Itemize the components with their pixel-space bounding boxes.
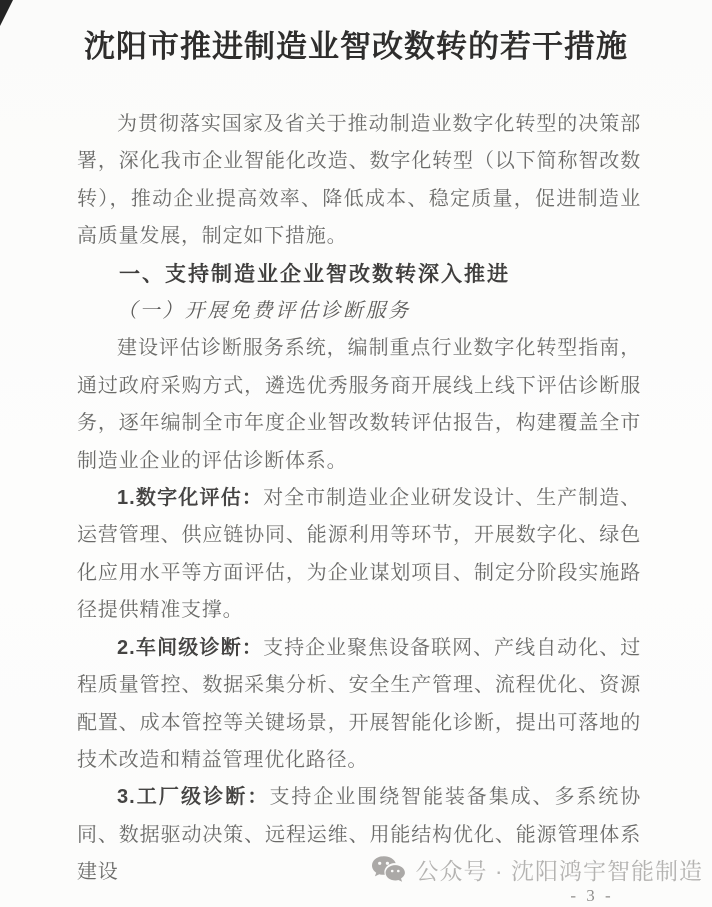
document-body: 为贯彻落实国家及省关于推动制造业数字化转型的决策部署，深化我市企业智能化改造、数… [77, 106, 641, 892]
numbered-item-3-label: 3.工厂级诊断： [117, 786, 270, 808]
page-number: - 3 - [558, 886, 626, 906]
numbered-item-2: 2.车间级诊断：支持企业聚焦设备联网、产线自动化、过程质量管控、数据采集分析、安… [77, 630, 641, 780]
document-title: 沈阳市推进制造业智改数转的若干措施 [0, 0, 712, 72]
footer-watermark: 公众号 · 沈阳鸿宇智能制造 [371, 853, 703, 886]
numbered-item-2-label: 2.车间级诊断： [117, 637, 263, 659]
intro-paragraph: 为贯彻落实国家及省关于推动制造业数字化转型的决策部署，深化我市企业智能化改造、数… [77, 106, 641, 256]
footer-watermark-text: 公众号 · 沈阳鸿宇智能制造 [416, 853, 703, 886]
body-paragraph: 建设评估诊断服务系统，编制重点行业数字化转型指南，通过政府采购方式，遴选优秀服务… [77, 330, 641, 480]
wechat-icon [371, 855, 407, 884]
numbered-item-1-label: 1.数字化评估： [117, 487, 263, 509]
document-page: 沈阳市推进制造业智改数转的若干措施 为贯彻落实国家及省关于推动制造业数字化转型的… [0, 0, 712, 907]
subsection-1-heading: （一）开展免费评估诊断服务 [77, 293, 641, 330]
numbered-item-1: 1.数字化评估：对全市制造业企业研发设计、生产制造、运营管理、供应链协同、能源利… [77, 480, 641, 630]
section-1-heading: 一、支持制造业企业智改数转深入推进 [77, 256, 641, 293]
